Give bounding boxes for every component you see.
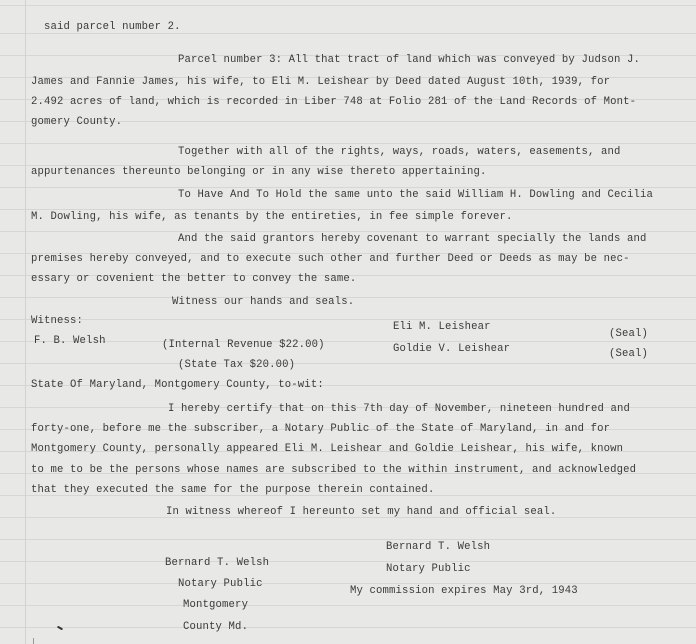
text-line: Parcel number 3: All that tract of land … bbox=[178, 53, 640, 67]
witness-label: Witness: bbox=[31, 314, 83, 328]
text-line: Montgomery County, personally appeared E… bbox=[31, 442, 623, 456]
text-line: said parcel number 2. bbox=[44, 20, 181, 34]
text-line: forty-one, before me the subscriber, a N… bbox=[31, 422, 610, 436]
margin-rule bbox=[25, 0, 26, 644]
text-line: State Of Maryland, Montgomery County, to… bbox=[31, 378, 324, 392]
text-line: to me to be the persons whose names are … bbox=[31, 463, 636, 477]
seal-label: (Seal) bbox=[609, 327, 648, 341]
text-line: premises hereby conveyed, and to execute… bbox=[31, 252, 630, 266]
text-line: James and Fannie James, his wife, to Eli… bbox=[31, 75, 610, 89]
state-tax: (State Tax $20.00) bbox=[178, 358, 295, 372]
notary-seal-county: Montgomery bbox=[183, 598, 248, 612]
text-line: essary or covenient the better to convey… bbox=[31, 272, 356, 286]
text-line: I hereby certify that on this 7th day of… bbox=[168, 402, 630, 416]
notary-seal-name: Bernard T. Welsh bbox=[165, 556, 269, 570]
signatory-name: Eli M. Leishear bbox=[393, 320, 491, 334]
ink-mark bbox=[57, 626, 63, 631]
ink-mark bbox=[33, 638, 34, 644]
internal-revenue: (Internal Revenue $22.00) bbox=[162, 338, 325, 352]
text-line: To Have And To Hold the same unto the sa… bbox=[178, 188, 653, 202]
text-line: And the said grantors hereby covenant to… bbox=[178, 232, 647, 246]
notary-title: Notary Public bbox=[386, 562, 471, 576]
text-line: In witness whereof I hereunto set my han… bbox=[166, 505, 556, 519]
text-line: Witness our hands and seals. bbox=[172, 295, 354, 309]
witness-name: F. B. Welsh bbox=[34, 334, 106, 348]
signatory-name: Goldie V. Leishear bbox=[393, 342, 510, 356]
text-line: appurtenances thereunto belonging or in … bbox=[31, 165, 487, 179]
deed-page: said parcel number 2. Parcel number 3: A… bbox=[0, 0, 696, 644]
commission-expiry: My commission expires May 3rd, 1943 bbox=[350, 584, 578, 598]
text-line: gomery County. bbox=[31, 115, 122, 129]
notary-seal-county: County Md. bbox=[183, 620, 248, 634]
text-line: that they executed the same for the purp… bbox=[31, 483, 434, 497]
seal-label: (Seal) bbox=[609, 347, 648, 361]
text-line: 2.492 acres of land, which is recorded i… bbox=[31, 95, 636, 109]
notary-seal-title: Notary Public bbox=[178, 577, 263, 591]
notary-name: Bernard T. Welsh bbox=[386, 540, 490, 554]
text-line: M. Dowling, his wife, as tenants by the … bbox=[31, 210, 513, 224]
text-line: Together with all of the rights, ways, r… bbox=[178, 145, 621, 159]
